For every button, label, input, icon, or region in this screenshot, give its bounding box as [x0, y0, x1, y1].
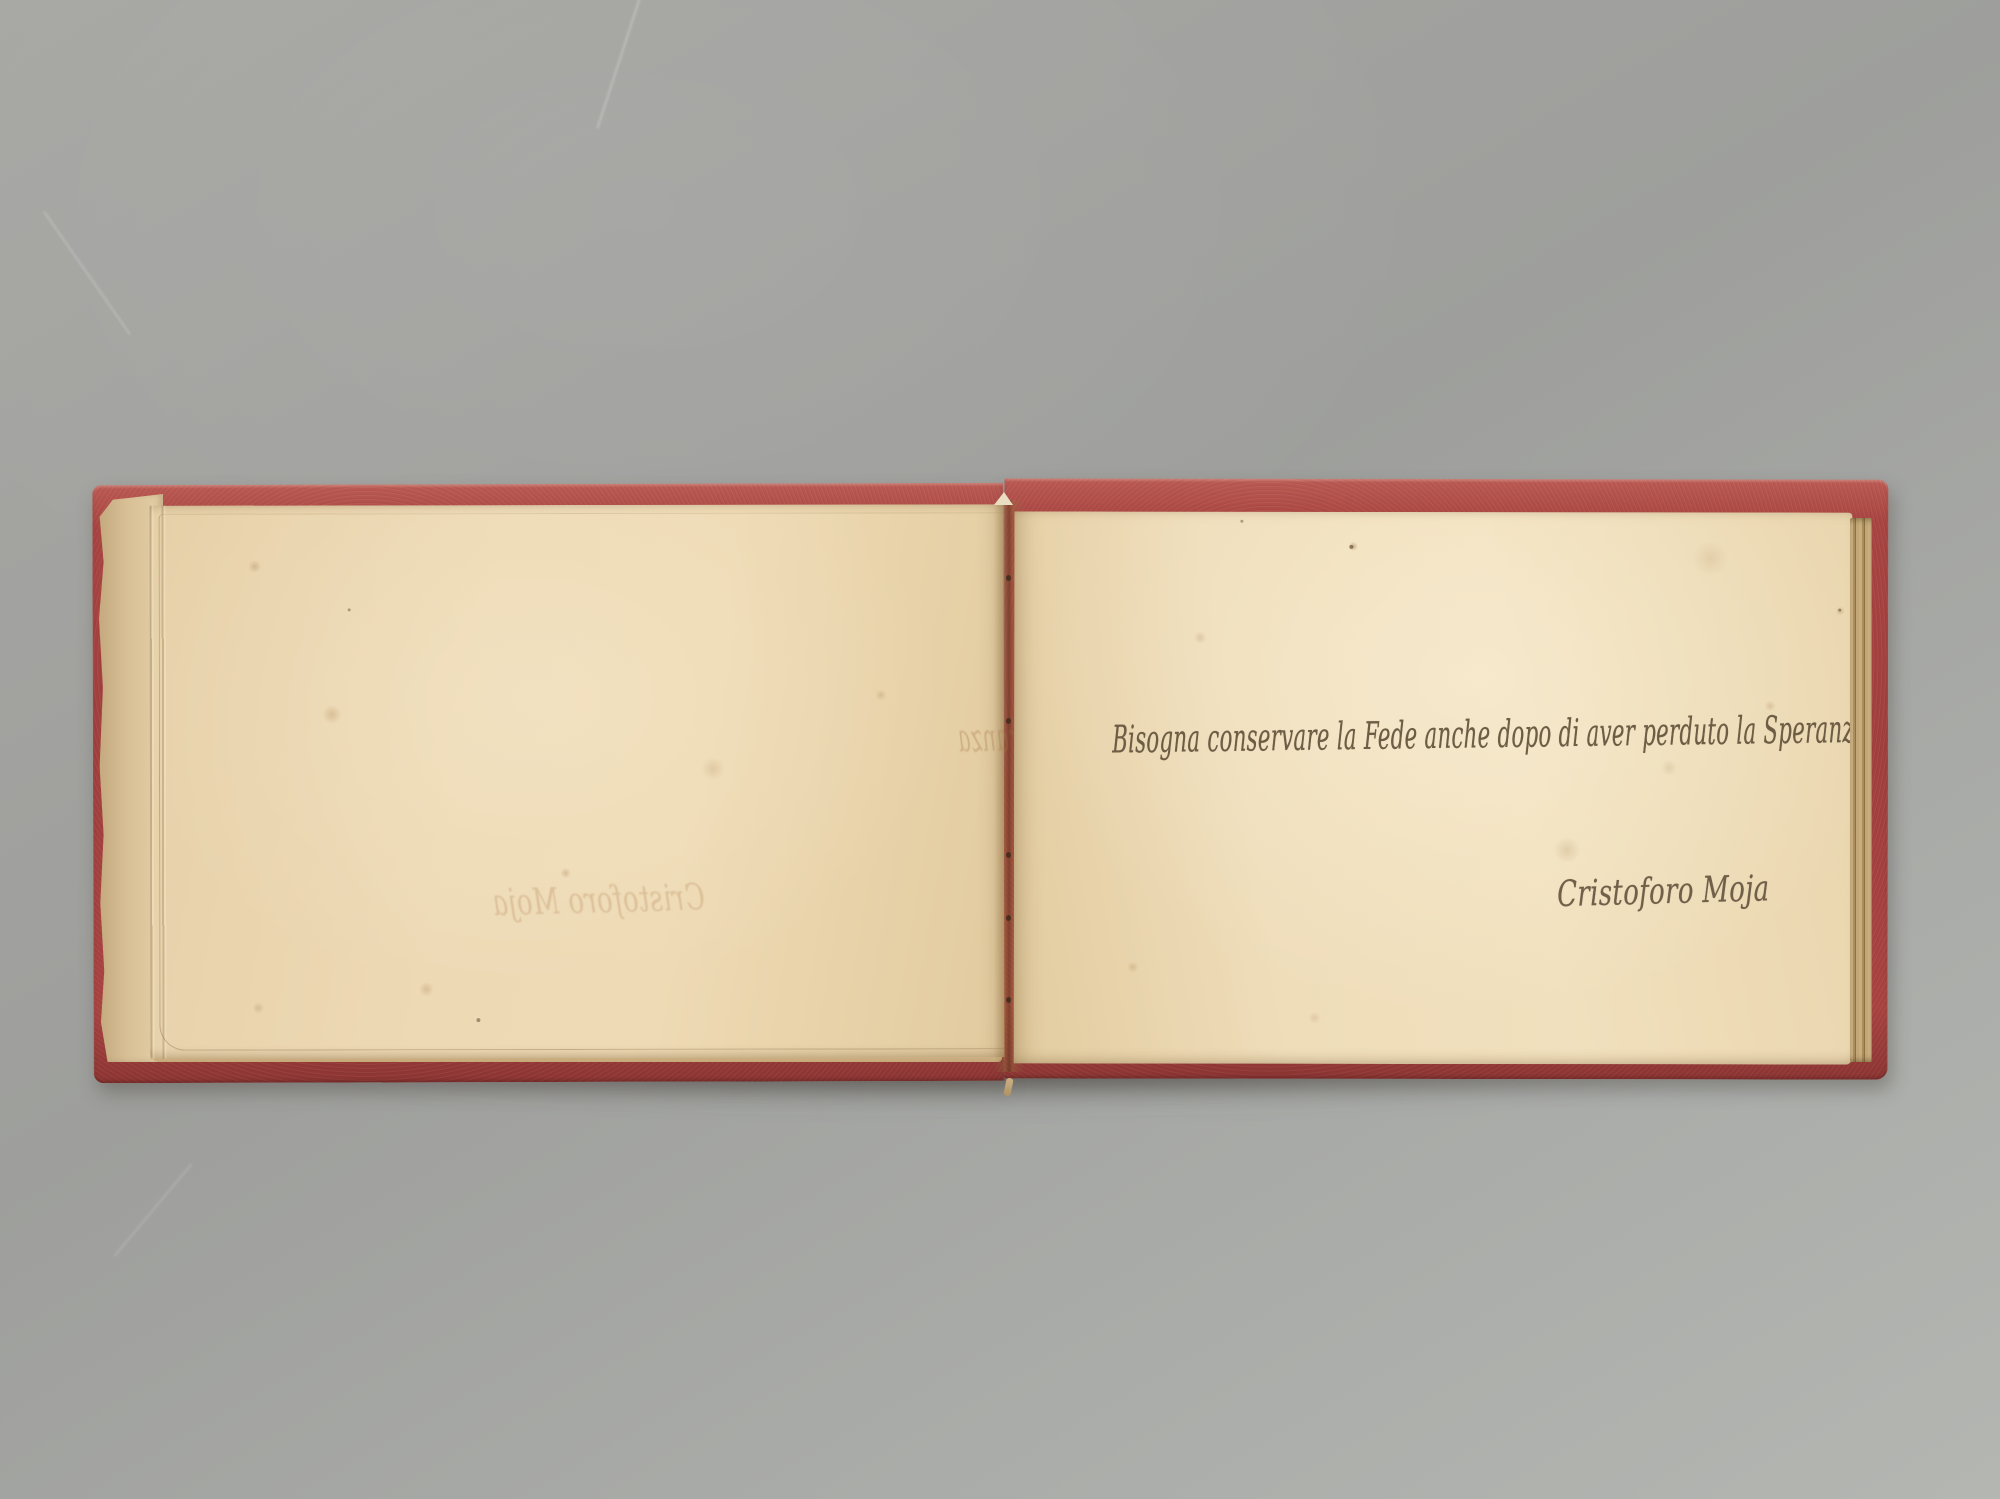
foxing-spot — [560, 868, 571, 878]
endpaper-corner — [994, 492, 1013, 505]
foxing-spot — [1308, 1012, 1322, 1024]
backdrop-scratch — [114, 1163, 193, 1256]
foxing-spot — [1660, 760, 1678, 775]
showthrough-signature: Cristoforo Moja — [492, 878, 705, 925]
ink-speck — [1838, 609, 1841, 612]
embossed-panel-line — [159, 512, 1007, 1050]
ink-speck — [1349, 545, 1353, 549]
ink-speck — [348, 608, 351, 611]
stitch-hole — [1006, 718, 1011, 724]
ink-speck — [476, 1018, 480, 1022]
photo-backdrop: Bisogna conservare la Fede anche dopo di… — [0, 0, 2000, 1499]
foxing-spot — [322, 705, 342, 723]
foxing-spot — [1764, 700, 1776, 711]
foxing-spot — [1690, 542, 1730, 574]
foxing-spot — [248, 561, 262, 573]
album-page-right: Bisogna conservare la Fede anche dopo di… — [1014, 511, 1853, 1064]
page-fore-edge — [1850, 518, 1872, 1062]
foxing-spot — [700, 758, 726, 780]
ink-speck — [1240, 520, 1243, 523]
backdrop-scratch — [596, 0, 641, 129]
stitch-hole — [1006, 575, 1011, 581]
foxing-spot — [418, 982, 434, 996]
stitch-hole — [1006, 997, 1011, 1003]
foxing-spot — [875, 689, 887, 700]
album-page-left: Bisogna conservare la Fede anche dopo di… — [150, 504, 1005, 1058]
backdrop-scratch — [43, 211, 131, 335]
signature-text: Cristoforo Moja — [1557, 868, 1770, 915]
foxing-spot — [1193, 632, 1207, 644]
stitch-hole — [1006, 852, 1011, 858]
stitch-hole — [1006, 915, 1011, 921]
foxing-spot — [252, 1003, 264, 1014]
inscription-text: Bisogna conservare la Fede anche dopo di… — [1112, 707, 1867, 762]
foxing-spot — [1552, 838, 1582, 862]
foxing-spot — [1127, 962, 1139, 973]
